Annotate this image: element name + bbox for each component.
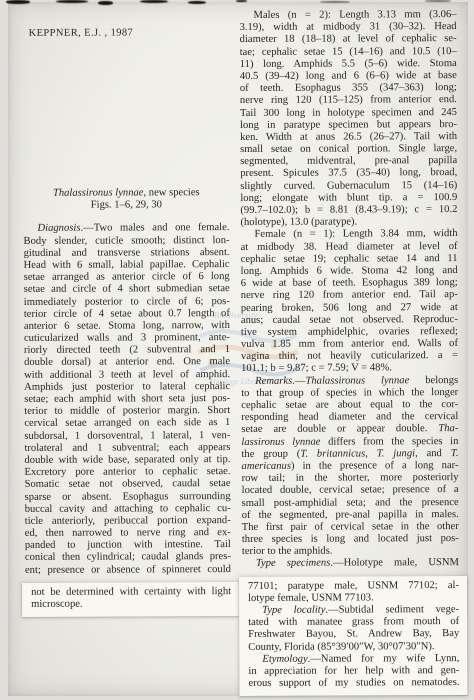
text-line: lassironus lynnae differs from the speci… [241, 436, 458, 449]
text-line: tive system amphidelphic, ovaries reflex… [241, 326, 458, 339]
text-line: Head with 6 small, labial papillae. Ceph… [24, 259, 230, 272]
scan-artifact [140, 0, 168, 3]
text-line: anterior 6 setae. Stoma long, narrow, wi… [24, 320, 230, 333]
scan-artifact [98, 1, 113, 5]
text-line: 11) long. Amphids 5.5 (5–6) wide. Stoma [240, 58, 457, 71]
text-line: double with wide base, separated only at… [24, 454, 230, 467]
text-line: buccal cavity and attaching to cephalic … [25, 503, 231, 516]
text-line: double dorsal) at anterior end. One male [24, 356, 230, 369]
text-line: 40.5 (39–42) long and 6 (6–6) wide at ba… [240, 70, 457, 83]
text-line: diameter 18 (18–18) at level of cephalic… [240, 33, 457, 46]
text-line: setae; each amphid with short seta just … [24, 393, 230, 406]
text-line: at midbody 38. Head diameter at level of [241, 241, 458, 254]
text-line: vagina thin, not heavily cuticularized. … [241, 350, 458, 363]
text-line: Amphids just posterior to lateral cephal… [24, 381, 230, 394]
text-line: setae and circle of 4 short submedian se… [24, 283, 230, 296]
text-line: responding head diameter and the cervica… [241, 411, 458, 424]
text-line: ken. Width at anus 26.5 (26–27). Tail wi… [240, 131, 457, 144]
text-line: small setae on conical portion. Single l… [240, 143, 457, 156]
spacer [23, 211, 229, 223]
text-line: setae arranged as anterior circle of 6 l… [24, 271, 230, 284]
page-content: KEPPNER, E.J. , 1987 Biodiversity Herita… [0, 0, 474, 700]
description-section: Males (n = 2): Length 3.13 mm (3.06–3.19… [240, 9, 459, 571]
text-line: the group (T. britannicus, T. jungi, and… [241, 448, 458, 461]
text-line: Males (n = 2): Length 3.13 mm (3.06– [240, 9, 457, 22]
scan-artifact [56, 0, 88, 3]
scan-artifact [320, 1, 350, 3]
text-line: County, Florida (85°39′00″W, 30°07′30″N)… [248, 641, 459, 654]
text-line: americanus) in the presence of a long na… [241, 460, 458, 473]
text-line: slightly curved. Gubernaculum 15 (14–16) [240, 180, 457, 193]
text-line: 6 wide at base of teeth. Esophagus 389 l… [241, 277, 458, 290]
running-head: KEPPNER, E.J. , 1987 [29, 27, 134, 38]
text-line: vulva 1.85 mm from anterior end. Walls o… [241, 338, 458, 351]
text-line: not be determined with certainty with li… [31, 586, 231, 599]
text-line: tated with manatee grass from mouth of [248, 616, 459, 629]
text-line: pearing broken, 506 long and 27 wide at [241, 302, 458, 315]
text-line: long in paratype specimen but appears br… [240, 119, 457, 132]
text-line: immediately posterior to circle of 6; po… [24, 296, 230, 309]
text-line: Freshwater Bayou, St. Andrew Bay, Bay [248, 628, 459, 641]
text-line: trolateral and 1 subventral; each appear… [24, 442, 230, 455]
text-line: gitudinal and transverse striations abse… [24, 247, 230, 260]
right-paste-strip: 77101; paratype male, USNM 77102; al-lot… [239, 576, 468, 697]
text-line: Body slender, cuticle smooth; distinct l… [23, 235, 229, 248]
text-line: 77101; paratype male, USNM 77102; al- [248, 580, 459, 593]
text-line: cephalic setae 19; cephalic setae 14 and… [241, 253, 458, 266]
text-line: with additional 3 teeth at level of amph… [24, 369, 230, 382]
text-line: in appreciation for her help with and ge… [248, 665, 459, 678]
text-line: Type locality.—Subtidal sediment vege- [248, 604, 459, 617]
text-line: cervical setae arranged on each side as … [24, 417, 230, 430]
text-line: (holotype), 13.0 (paratype). [240, 216, 457, 229]
text-line: terior circle of 4 setae about 0.7 lengt… [24, 308, 230, 321]
text-line: Etymology.—Named for my wife Lynn, [248, 653, 459, 666]
text-line: lotype female, USNM 77103. [248, 592, 459, 605]
text-line: nerve ring 120 (115–125) from anterior e… [240, 94, 457, 107]
text-line: of teeth. Esophagus 355 (347–363) long; [240, 82, 457, 95]
text-line: conical then cylindrical; caudal glands … [25, 551, 231, 564]
text-line: panded to junction with intestine. Tail [25, 539, 231, 552]
text-line: long. Amphids 6 wide. Stoma 42 long and [241, 265, 458, 278]
text-line: Diagnosis.—Two males and one female. [23, 222, 229, 235]
text-line: Female (n = 1): Length 3.84 mm, width [240, 228, 457, 241]
text-line: of the segmented, pre-anal papilla in ma… [242, 509, 459, 522]
text-line: ed, then narrowed to nerve ring and ex- [25, 527, 231, 540]
text-line: three species is long and located just p… [242, 533, 459, 546]
text-line: (99.7–102.0); b = 8.81 (8.43–9.19); c = … [240, 204, 457, 217]
text-line: Somatic setae not observed, caudal setae [25, 478, 231, 491]
text-line: segmented, midventral, pre-anal papilla [240, 155, 457, 168]
text-line: Type specimens.—Holotype male, USNM [242, 557, 459, 570]
species-title-section: Thalassironus lynnae, new speciesFigs. 1… [23, 187, 229, 223]
scanned-paper-page: { "meta": { "italic_marker": "*" }, "col… [0, 0, 474, 700]
text-line: tae; cephalic setae 15 (14–16) and 10.5 … [240, 46, 457, 59]
text-line: cephalic setae are about equal to the co… [241, 399, 458, 412]
text-line: setae are double or appear double. Tha- [241, 423, 458, 436]
text-line: nerve ring 120 from anterior end. Tail a… [241, 289, 458, 302]
scan-artifact [6, 0, 30, 4]
text-line: Remarks.—Thalassironus lynnae belongs [241, 375, 458, 388]
text-line: microscope. [31, 598, 231, 611]
text-line: 101.1; b = 9.87; c = 7.59; V = 48%. [241, 362, 458, 375]
text-line: 3.19), width at midbody 31 (30–32). Head [240, 21, 457, 34]
text-line: present. Spicules 37.5 (35–40) long, bro… [240, 167, 457, 180]
left-column: Thalassironus lynnae, new speciesFigs. 1… [23, 187, 231, 617]
text-line: terior to middle of posterior margin. Sh… [24, 405, 230, 418]
text-line: long; elongate with blunt tip. a = 100.9 [240, 192, 457, 205]
text-line: located double, cervical setae; presence… [242, 484, 459, 497]
text-line: Excretory pore anterior to cephalic seta… [25, 466, 231, 479]
text-line: sparse or absent. Esophagus surrounding [25, 491, 231, 504]
text-line: Tail 300 long in holotype specimen and 2… [240, 107, 457, 120]
text-line: Figs. 1–6, 29, 30 [23, 199, 229, 212]
text-line: anus; caudal setae not observed. Reprodu… [241, 314, 458, 327]
text-line: small post-amphidial seta; and the prese… [242, 497, 459, 510]
text-line: riorly directed teeth (2 subventral and … [24, 344, 230, 357]
text-line: terior to the amphids. [242, 545, 459, 558]
scan-artifact [236, 0, 247, 2]
text-line: ent; presence or absence of spinneret co… [25, 564, 231, 577]
text-line: to that group of species in which the lo… [241, 387, 458, 400]
diagnosis-section: Diagnosis.—Two males and one female.Body… [23, 222, 231, 576]
right-column: Males (n = 2): Length 3.13 mm (3.06–3.19… [240, 9, 460, 696]
text-line: cuticularized walls and 3 prominent, ant… [24, 332, 230, 345]
scan-artifact [425, 0, 451, 2]
scan-artifact [188, 1, 206, 4]
text-line: subdorsal, 1 dorsoventral, 1 lateral, 1 … [24, 430, 230, 443]
text-line: ticle anteriorly, peribuccal portion exp… [25, 515, 231, 528]
left-paste-strip: not be determined with certainty with li… [22, 582, 239, 617]
text-line: row tail; in the shorter, more posterior… [242, 472, 459, 485]
text-line: erous support of my studies on nematodes… [248, 677, 459, 690]
text-line: Thalassironus lynnae, new species [23, 187, 229, 200]
text-line: The first pair of cervical setae in the … [242, 521, 459, 534]
